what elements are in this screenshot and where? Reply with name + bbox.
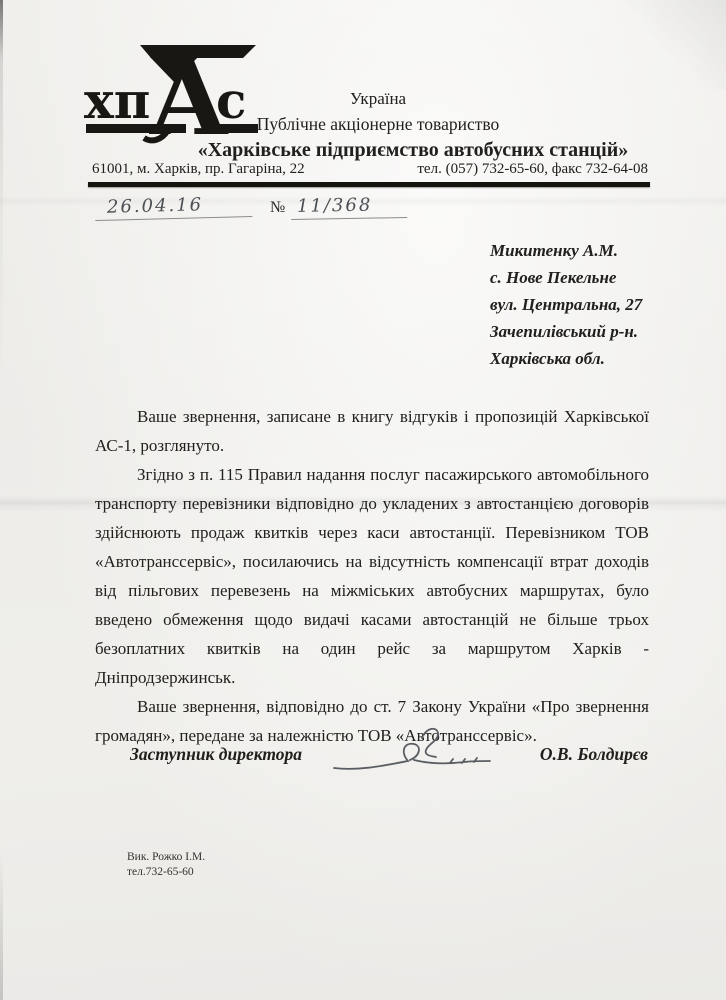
signer-name: О.В. Болдирєв <box>540 744 648 765</box>
letter-body: Ваше звернення, записане в книгу відгукі… <box>95 402 649 750</box>
addressee-name: Микитенку А.М. <box>490 237 642 264</box>
scan-corner-shade <box>606 0 726 90</box>
addressee-street: вул. Центральна, 27 <box>490 291 642 318</box>
scanned-letter-page: хп А с Україна Публічне акціонерне товар… <box>0 0 726 1000</box>
letterhead-phone-fax: тел. (057) 732-65-60, факс 732-64-08 <box>417 161 648 178</box>
addressee-region: Харківська обл. <box>490 345 642 372</box>
handwritten-number: 11/368 <box>291 194 407 220</box>
addressee-block: Микитенку А.М. с. Нове Пекельне вул. Цен… <box>490 237 642 372</box>
letterhead-address: 61001, м. Харків, пр. Гагаріна, 22 <box>92 161 305 178</box>
executor-phone: тел.732-65-60 <box>127 865 205 880</box>
letterhead-country: Україна <box>30 86 726 111</box>
executor-name: Вик. Рожко І.М. <box>127 850 205 865</box>
executor-block: Вик. Рожко І.М. тел.732-65-60 <box>127 850 205 880</box>
body-paragraph: Згідно з п. 115 Правил надання послуг па… <box>95 460 649 692</box>
handwritten-signature <box>330 722 520 782</box>
addressee-district: Зачепилівський р-н. <box>490 318 642 345</box>
handwritten-date: 26.04.16 <box>95 193 253 221</box>
addressee-village: с. Нове Пекельне <box>490 264 642 291</box>
letterhead-org-name: «Харківське підприємство автобусних стан… <box>30 137 726 164</box>
number-sign: № <box>270 199 285 217</box>
signer-title: Заступник директора <box>130 744 302 765</box>
reference-line: 26.04.16 № 11/368 <box>95 195 407 219</box>
body-paragraph: Ваше звернення, записане в книгу відгукі… <box>95 402 649 460</box>
letterhead-divider <box>88 182 650 187</box>
letterhead-org-type: Публічне акціонерне товариство <box>30 111 726 137</box>
letterhead-contact-row: 61001, м. Харків, пр. Гагаріна, 22 тел. … <box>92 161 648 178</box>
signature-row: Заступник директора О.В. Болдирєв <box>95 722 648 782</box>
letterhead: Україна Публічне акціонерне товариство «… <box>30 86 726 164</box>
